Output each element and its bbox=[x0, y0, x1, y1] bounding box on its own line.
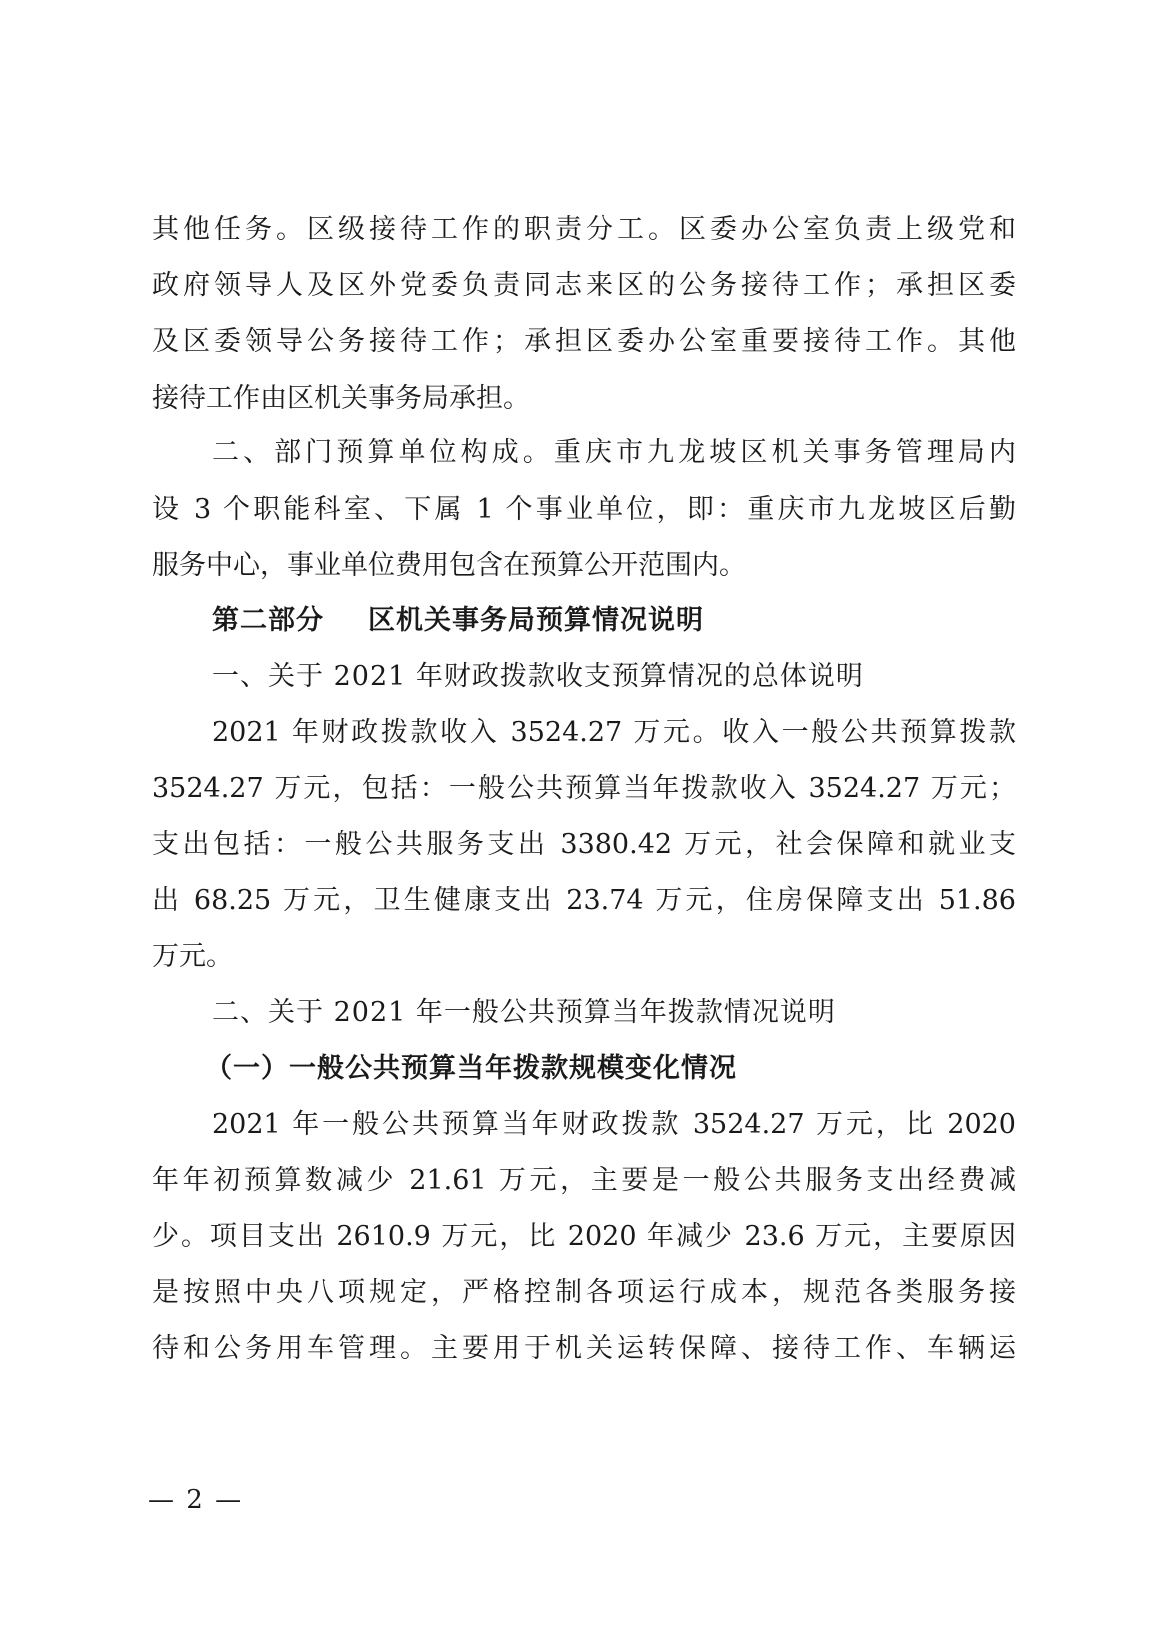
part-title: 区机关事务局预算情况说明 bbox=[368, 605, 704, 636]
section-heading-general-budget: 二、关于 2021 年一般公共预算当年拨款情况说明 bbox=[212, 993, 1016, 1033]
document-page: 其他任务。区级接待工作的职责分工。区委办公室负责上级党和 政府领导人及区外党委负… bbox=[0, 0, 1167, 1650]
paragraph-line: 3524.27 万元，包括：一般公共预算当年拨款收入 3524.27 万元； bbox=[152, 769, 1016, 809]
paragraph-line: 服务中心，事业单位费用包含在预算公开范围内。 bbox=[152, 546, 1016, 586]
paragraph-line: 是按照中央八项规定，严格控制各项运行成本，规范各类服务接 bbox=[152, 1273, 1016, 1313]
subsection-heading-scale-change: （一）一般公共预算当年拨款规模变化情况 bbox=[205, 1049, 1009, 1089]
paragraph-line: 其他任务。区级接待工作的职责分工。区委办公室负责上级党和 bbox=[152, 210, 1016, 250]
page-number: — 2 — bbox=[148, 1482, 243, 1518]
paragraph-line: 万元。 bbox=[152, 937, 1016, 977]
paragraph-line: 政府领导人及区外党委负责同志来区的公务接待工作；承担区委 bbox=[152, 266, 1016, 306]
paragraph-line: 年年初预算数减少 21.61 万元，主要是一般公共服务支出经费减 bbox=[152, 1161, 1016, 1201]
section-heading-overview: 一、关于 2021 年财政拨款收支预算情况的总体说明 bbox=[212, 657, 1016, 697]
paragraph-line: 支出包括：一般公共服务支出 3380.42 万元，社会保障和就业支 bbox=[152, 825, 1016, 865]
part-label: 第二部分 bbox=[212, 605, 324, 636]
paragraph-line: 出 68.25 万元，卫生健康支出 23.74 万元，住房保障支出 51.86 bbox=[152, 881, 1016, 921]
part-heading: 第二部分区机关事务局预算情况说明 bbox=[212, 601, 1016, 641]
paragraph-line: 少。项目支出 2610.9 万元，比 2020 年减少 23.6 万元，主要原因 bbox=[152, 1217, 1016, 1257]
paragraph-line: 2021 年财政拨款收入 3524.27 万元。收入一般公共预算拨款 bbox=[212, 713, 1016, 753]
paragraph-line: 及区委领导公务接待工作；承担区委办公室重要接待工作。其他 bbox=[152, 322, 1016, 362]
paragraph-line: 接待工作由区机关事务局承担。 bbox=[152, 379, 1016, 419]
paragraph-line: 设 3 个职能科室、下属 1 个事业单位，即：重庆市九龙坡区后勤 bbox=[152, 490, 1016, 530]
paragraph-line: 待和公务用车管理。主要用于机关运转保障、接待工作、车辆运 bbox=[152, 1329, 1016, 1369]
paragraph-line: 2021 年一般公共预算当年财政拨款 3524.27 万元，比 2020 bbox=[212, 1105, 1016, 1145]
section-unit-composition: 二、部门预算单位构成。重庆市九龙坡区机关事务管理局内 bbox=[212, 433, 1016, 473]
